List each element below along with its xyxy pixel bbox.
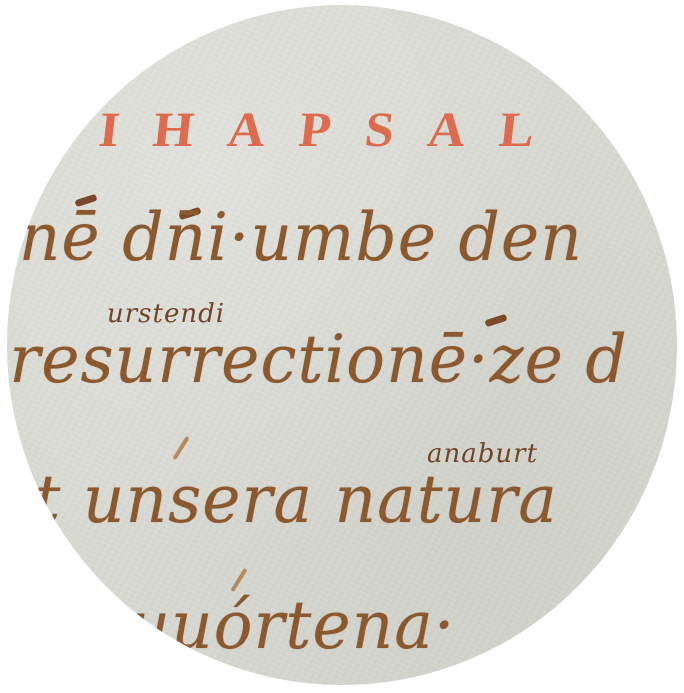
text-line-2: resurrectionē·ze d [9, 327, 627, 393]
rubric-heading: IHAPSAL [96, 106, 571, 155]
manuscript-disc: IHAPSAL nē dn̄i·umbe den urstendi resurr… [7, 5, 677, 685]
text-line-3: t unsera natura [34, 467, 557, 533]
text-line-4: uuórtena· [128, 593, 455, 659]
text-line-1: nē dn̄i·umbe den [19, 205, 583, 271]
accent-mark [172, 436, 189, 460]
